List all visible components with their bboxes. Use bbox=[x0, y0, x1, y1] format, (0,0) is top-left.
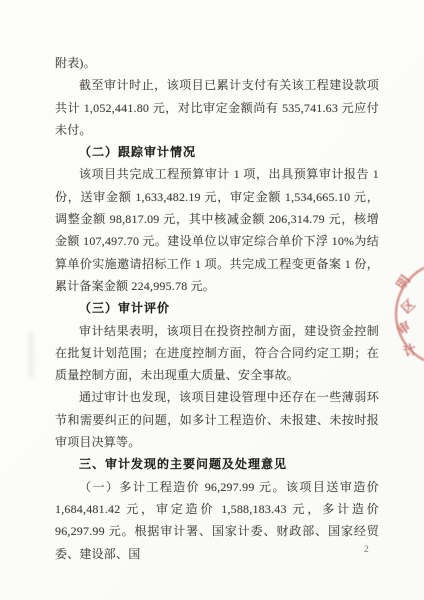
official-seal-stamp: 明区审计 bbox=[370, 256, 424, 371]
scanned-document-page: 附表)。截至审计时止，该项目已累计支付有关该工程建设款项共计 1,052,441… bbox=[0, 0, 424, 600]
scan-smudge-artifact bbox=[28, 333, 34, 377]
section-heading: 三、审计发现的主要问题及处理意见 bbox=[55, 453, 379, 475]
section-heading: （三）审计评价 bbox=[55, 297, 379, 319]
paragraph: 通过审计也发现，该项目建设管理中还存在一些薄弱环节和需要纠正的问题，如多计工程造… bbox=[55, 386, 379, 453]
section-heading: （二）跟踪审计情况 bbox=[55, 141, 379, 163]
paragraph: 该项目共完成工程预算审计 1 项，出具预算审计报告 1 份，送审金额 1,633… bbox=[55, 163, 379, 297]
paragraph: 附表)。 bbox=[55, 52, 379, 74]
paragraph: （一）多计工程造价 96,297.99 元。该项目送审造价 1,684,481.… bbox=[55, 476, 379, 565]
paragraph: 截至审计时止，该项目已累计支付有关该工程建设款项共计 1,052,441.80 … bbox=[55, 74, 379, 141]
document-body: 附表)。截至审计时止，该项目已累计支付有关该工程建设款项共计 1,052,441… bbox=[55, 52, 379, 565]
page-number: 2 bbox=[364, 545, 369, 555]
paragraph: 审计结果表明，该项目在投资控制方面，建设资金控制在批复计划范围；在进度控制方面，… bbox=[55, 320, 379, 387]
